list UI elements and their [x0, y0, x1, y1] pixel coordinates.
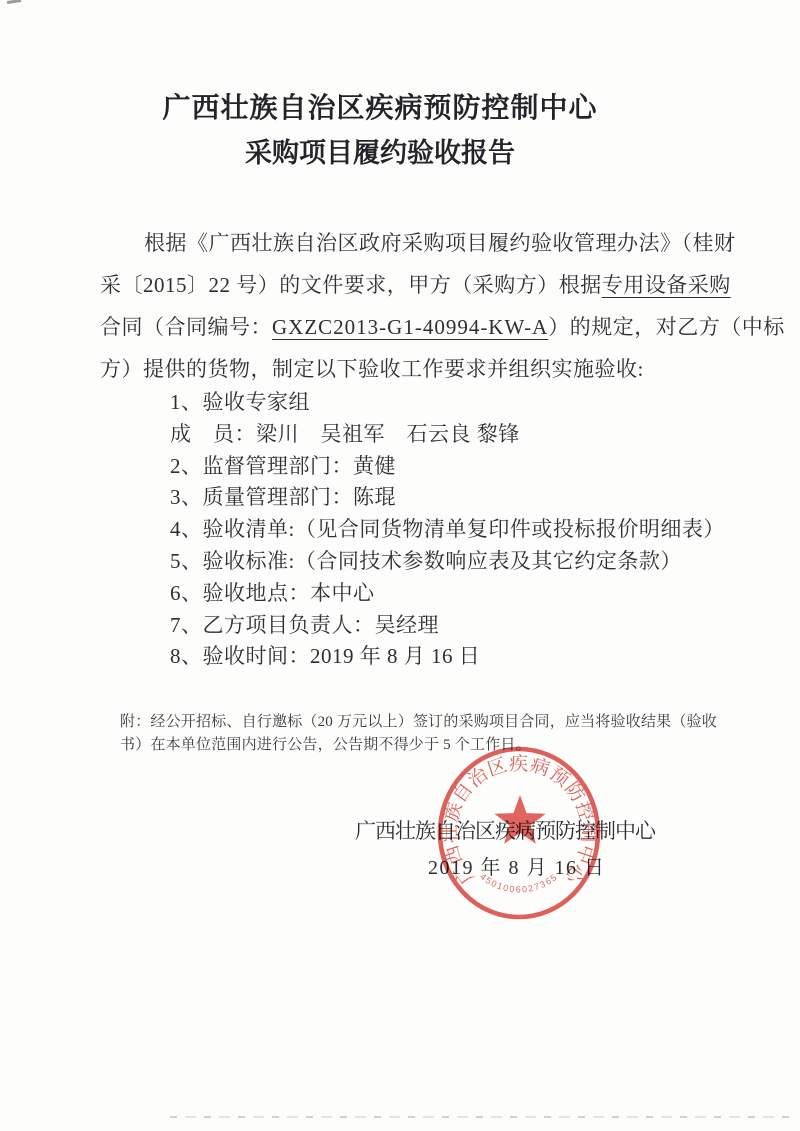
acceptance-list: 1、验收专家组 成 员：梁川 吴祖军 石云良 黎锋 2、监督管理部门：黄健 3、…: [170, 387, 725, 673]
footnote: 附：经公开招标、自行邀标（20 万元以上）签订的采购项目合同，应当将验收结果（验…: [120, 711, 717, 757]
list-item-quality-dept: 3、质量管理部门：陈琨: [170, 482, 725, 514]
footnote-line-2: 书）在本单位范围内进行公告，公告期不得少于 5 个工作日。: [120, 734, 717, 757]
underlined-contract-type: 专用设备采购: [602, 273, 731, 297]
list-item-acceptance-location: 6、验收地点：本中心: [170, 578, 725, 610]
list-item-acceptance-standard: 5、验收标准:（合同技术参数响应表及其它约定条款）: [170, 546, 725, 578]
list-item-members: 成 员：梁川 吴祖军 石云良 黎锋: [170, 419, 725, 451]
document-title: 广西壮族自治区疾病预防控制中心 采购项目履约验收报告: [10, 86, 750, 176]
title-line-2: 采购项目履约验收报告: [10, 130, 750, 176]
underlined-contract-number: GXZC2013-G1-40994-KW-A: [272, 315, 548, 339]
intro-paragraph: 根据《广西壮族自治区政府采购项目履约验收管理办法》（桂财 采〔2015〕22 号…: [100, 222, 785, 390]
title-line-1: 广西壮族自治区疾病预防控制中心: [10, 86, 750, 130]
scanned-document-page: 广西壮族自治区疾病预防控制中心 采购项目履约验收报告 根据《广西壮族自治区政府采…: [0, 0, 800, 1131]
list-item-acceptance-checklist: 4、验收清单:（见合同货物清单复印件或投标报价明细表）: [170, 514, 725, 546]
list-item-acceptance-date: 8、验收时间：2019 年 8 月 16 日: [170, 641, 725, 673]
list-item-expert-group: 1、验收专家组: [170, 387, 725, 419]
signature-date: 2019 年 8 月 16 日: [428, 851, 606, 880]
scan-artifact-bottom-edge: [170, 1116, 795, 1118]
paragraph-line-3: 合同（合同编号：GXZC2013-G1-40994-KW-A）的规定，对乙方（中…: [100, 306, 785, 348]
paragraph-line-2: 采〔2015〕22 号）的文件要求，甲方（采购方）根据专用设备采购: [100, 264, 785, 306]
list-item-party-b-manager: 7、乙方项目负责人：吴经理: [170, 610, 725, 642]
paragraph-line-4: 方）提供的货物，制定以下验收工作要求并组织实施验收:: [100, 348, 785, 390]
paragraph-line-1: 根据《广西壮族自治区政府采购项目履约验收管理办法》（桂财: [100, 222, 785, 264]
footnote-line-1: 附：经公开招标、自行邀标（20 万元以上）签订的采购项目合同，应当将验收结果（验…: [120, 711, 717, 734]
list-item-supervision-dept: 2、监督管理部门：黄健: [170, 451, 725, 483]
signature-org: 广西壮族自治区疾病预防控制中心: [355, 815, 655, 845]
scan-artifact-top-left: [7, 0, 21, 4]
